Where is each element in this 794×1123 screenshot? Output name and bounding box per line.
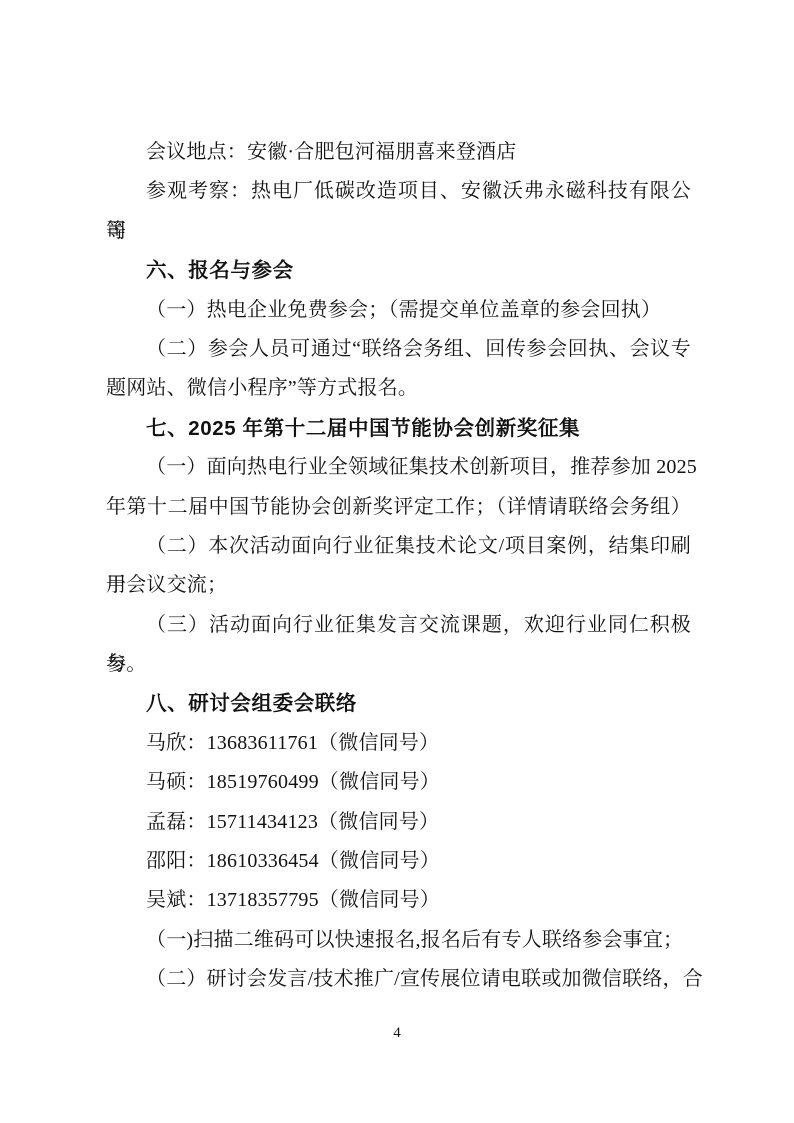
- innovation-item-2: （二）本次活动面向行业征集技术论文/项目案例，结集印刷用: [106, 527, 691, 566]
- section-6-heading: 六、报名与参会: [106, 251, 691, 290]
- document-page: 会议地点：安徽·合肥包河福朋喜来登酒店参观考察：热电厂低碳改造项目、安徽沃弗永磁…: [0, 0, 794, 1123]
- innovation-item-1: （一）面向热电行业全领域征集技术创新项目，推荐参加 2025: [106, 448, 691, 487]
- meeting-location-line: 会议地点：安徽·合肥包河福朋喜来登酒店: [106, 133, 691, 172]
- registration-item-2: （二）参会人员可通过“联络会务组、回传参会回执、会议专: [106, 330, 691, 369]
- registration-item-2-cont: 题网站、微信小程序”等方式报名。: [106, 369, 691, 408]
- registration-item-1: （一）热电企业免费参会；（需提交单位盖章的参会回执）: [106, 291, 691, 330]
- note-item-1: （一)扫描二维码可以快速报名,报名后有专人联络参会事宜；: [106, 921, 691, 960]
- innovation-item-2-cont: 于会议交流；: [106, 566, 691, 605]
- site-visit-line-cont: 等: [106, 212, 691, 251]
- contact-ma-xin: 马欣：13683611761（微信同号）: [106, 724, 691, 763]
- document-body: 会议地点：安徽·合肥包河福朋喜来登酒店参观考察：热电厂低碳改造项目、安徽沃弗永磁…: [106, 133, 691, 1000]
- note-item-2: （二）研讨会发言/技术推广/宣传展位请电联或加微信联络，合: [106, 960, 691, 999]
- page-number: 4: [0, 1018, 794, 1048]
- contact-wu-bin: 吴斌：13718357795（微信同号）: [106, 881, 691, 920]
- contact-meng-lei: 孟磊：15711434123（微信同号）: [106, 803, 691, 842]
- section-7-heading: 七、2025 年第十二届中国节能协会创新奖征集: [106, 409, 691, 448]
- innovation-item-1-cont: 年第十二届中国节能协会创新奖评定工作；（详情请联络会务组）: [106, 488, 691, 527]
- section-8-heading: 八、研讨会组委会联络: [106, 684, 691, 723]
- site-visit-line: 参观考察：热电厂低碳改造项目、安徽沃弗永磁科技有限公司: [106, 172, 691, 211]
- innovation-item-3-cont: 与。: [106, 645, 691, 684]
- contact-ma-shuo: 马硕：18519760499（微信同号）: [106, 763, 691, 802]
- innovation-item-3: （三）活动面向行业征集发言交流课题，欢迎行业同仁积极参: [106, 606, 691, 645]
- contact-shao-yang: 邵阳：18610336454（微信同号）: [106, 842, 691, 881]
